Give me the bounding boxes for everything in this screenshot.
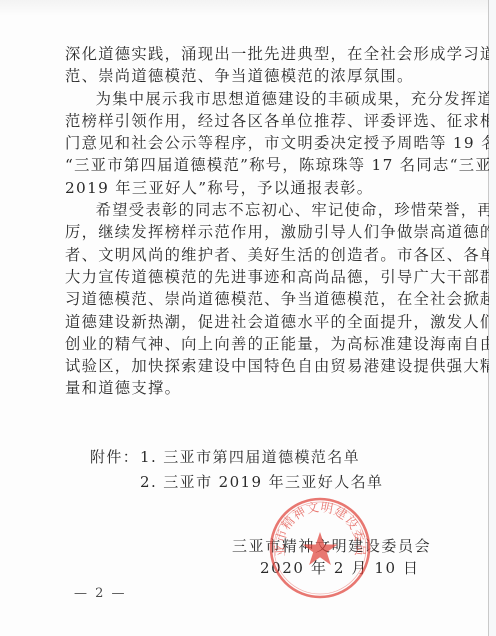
document-page: 深化道德实践，涌现出一批先进典型，在全社会形成学习道德模 范、崇尚道德模范、争当… — [0, 0, 489, 636]
text-line: 创业的精气神、向上向善的正能量，为高标准建设海南自由贸易 — [65, 333, 433, 355]
text-line: 门意见和社会公示等程序，市文明委决定授予周晧等 19 名同志 — [65, 132, 433, 154]
paragraph-2: 为集中展示我市思想道德建设的丰硕成果，充分发挥道德模 范榜样引领作用，经过各区各… — [65, 88, 433, 199]
attachment-title: 2. 三亚市 2019 年三亚好人名单 — [140, 473, 383, 491]
text-line: 者、文明风尚的维护者、美好生活的创造者。市各区、各单位要 — [65, 244, 433, 266]
document-body: 深化道德实践，涌现出一批先进典型，在全社会形成学习道德模 范、崇尚道德模范、争当… — [65, 43, 433, 400]
attachment-title: 1. 三亚市第四届道德模范名单 — [140, 448, 360, 466]
text-line: 大力宣传道德模范的先进事迹和高尚品德，引导广大干部群众学 — [65, 266, 433, 288]
paragraph-3: 希望受表彰的同志不忘初心、牢记使命，珍惜荣誉，再接再 厉，继续发挥榜样示范作用，… — [65, 199, 433, 400]
attachment-item-2: 2. 三亚市 2019 年三亚好人名单 — [90, 470, 383, 495]
text-line: 希望受表彰的同志不忘初心、牢记使命，珍惜荣誉，再接再 — [65, 199, 433, 221]
text-line: 2019 年三亚好人”称号，予以通报表彰。 — [65, 177, 433, 199]
text-line: 深化道德实践，涌现出一批先进典型，在全社会形成学习道德模 — [65, 43, 433, 65]
text-line: 范榜样引领作用，经过各区各单位推荐、评委评选、征求相关部 — [65, 110, 433, 132]
scan-edge — [0, 0, 488, 16]
paragraph-1: 深化道德实践，涌现出一批先进典型，在全社会形成学习道德模 范、崇尚道德模范、争当… — [65, 43, 433, 88]
text-line: “三亚市第四届道德模范”称号，陈琼珠等 17 名同志“三亚市 — [65, 154, 433, 176]
text-line: 范、崇尚道德模范、争当道德模范的浓厚氛围。 — [65, 65, 433, 87]
attachments-label: 附件： — [90, 445, 140, 470]
signature-block: 三亚市精神文明建设委员会 2020 年 2 月 10 日 — [232, 535, 431, 579]
issue-date: 2020 年 2 月 10 日 — [232, 557, 431, 579]
text-line: 试验区，加快探索建设中国特色自由贸易港建设提供强大精神力 — [65, 355, 433, 377]
attachment-item-1: 附件：1. 三亚市第四届道德模范名单 — [90, 445, 383, 470]
text-line: 道德建设新热潮，促进社会道德水平的全面提升，激发人们干事 — [65, 311, 433, 333]
page-edge — [489, 0, 496, 636]
text-line: 为集中展示我市思想道德建设的丰硕成果，充分发挥道德模 — [65, 88, 433, 110]
attachments-list: 附件：1. 三亚市第四届道德模范名单 2. 三亚市 2019 年三亚好人名单 — [90, 445, 383, 495]
issuing-organization: 三亚市精神文明建设委员会 — [232, 537, 431, 555]
text-line: 习道德模范、崇尚道德模范、争当道德模范，在全社会掀起思想 — [65, 288, 433, 310]
page-number: — 2 — — [74, 586, 127, 601]
text-line: 厉，继续发挥榜样示范作用，激励引导人们争做崇高道德的践行 — [65, 221, 433, 243]
text-line: 量和道德支撑。 — [65, 377, 433, 399]
